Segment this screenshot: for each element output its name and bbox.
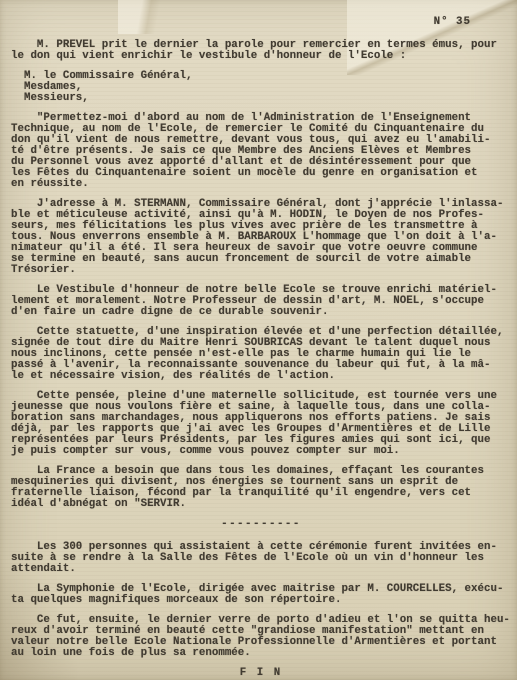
paragraph-pensee: Cette pensée, pleine d'une maternelle so…: [11, 391, 511, 457]
paragraph-statuette: Cette statuette, d'une inspiration élevé…: [11, 327, 511, 382]
paragraph-speech-2: J'adresse à M. STERMANN, Commissaire Gén…: [11, 199, 511, 276]
paragraph-intro: M. PREVEL prit le dernier la parole pour…: [11, 40, 511, 62]
paragraph-closing: Ce fut, ensuite, le dernier verre de por…: [11, 615, 511, 659]
paragraph-speech-1: "Permettez-moi d'abord au nom de l'Admin…: [11, 113, 511, 190]
paragraph-symphonie: La Symphonie de l'Ecole, dirigée avec ma…: [11, 584, 511, 606]
document-number: N° 35: [434, 17, 471, 28]
paragraph-france: La France a besoin que dans tous les dom…: [11, 466, 511, 510]
fin-label: F I N: [11, 668, 511, 679]
salutation-block: M. le Commissaire Général, Mesdames, Mes…: [11, 71, 511, 104]
paper-crease-top-left: [118, 0, 173, 34]
paragraph-vestibule: Le Vestibule d'honneur de notre belle Ec…: [11, 285, 511, 318]
document-body: M. PREVEL prit le dernier la parole pour…: [11, 40, 511, 679]
paragraph-reception: Les 300 personnes qui assistaient à cett…: [11, 542, 511, 575]
separator-dashes: ----------: [11, 519, 511, 530]
document-page: N° 35 M. PREVEL prit le dernier la parol…: [0, 0, 517, 680]
